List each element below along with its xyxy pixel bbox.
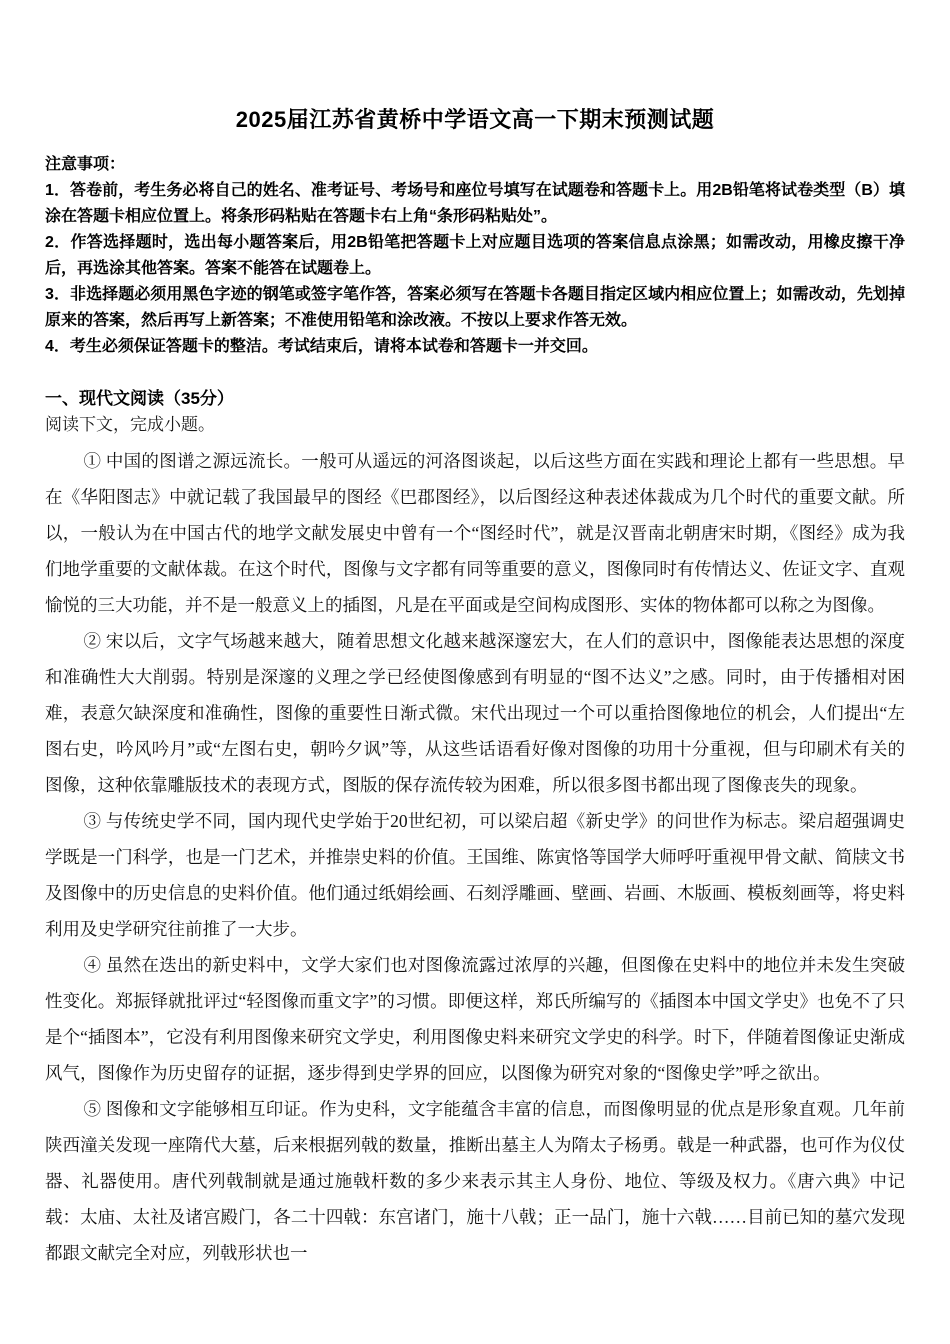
exam-paper-page: 2025届江苏省黄桥中学语文高一下期末预测试题 注意事项： 1．答卷前，考生务必…: [0, 0, 950, 1344]
passage-paragraph: ② 宋以后，文字气场越来越大，随着思想文化越来越深邃宏大，在人们的意识中，图像能…: [45, 623, 905, 803]
passage-paragraph: ③ 与传统史学不同，国内现代史学始于20世纪初，可以梁启超《新史学》的问世作为标…: [45, 803, 905, 947]
passage-intro: 阅读下文，完成小题。: [45, 412, 905, 438]
passage-paragraph: ⑤ 图像和文字能够相互印证。作为史科，文字能蕴含丰富的信息，而图像明显的优点是形…: [45, 1091, 905, 1271]
passage-paragraph: ④ 虽然在迭出的新史料中，文学大家们也对图像流露过浓厚的兴趣，但图像在史料中的地…: [45, 947, 905, 1091]
notice-item: 1．答卷前，考生务必将自己的姓名、准考证号、考场号和座位号填写在试题卷和答题卡上…: [45, 178, 905, 230]
reading-passage: ① 中国的图谱之源远流长。一般可从遥远的河洛图谈起，以后这些方面在实践和理论上都…: [45, 443, 905, 1271]
notice-section: 注意事项： 1．答卷前，考生务必将自己的姓名、准考证号、考场号和座位号填写在试题…: [45, 152, 905, 360]
notice-item: 2．作答选择题时，选出每小题答案后，用2B铅笔把答题卡上对应题目选项的答案信息点…: [45, 230, 905, 282]
exam-title: 2025届江苏省黄桥中学语文高一下期末预测试题: [45, 106, 905, 135]
notice-heading: 注意事项：: [45, 152, 905, 178]
section-heading-modern-reading: 一、现代文阅读（35分）: [45, 386, 905, 412]
notice-item: 4．考生必须保证答题卡的整洁。考试结束后，请将本试卷和答题卡一并交回。: [45, 334, 905, 360]
notice-item: 3．非选择题必须用黑色字迹的钢笔或签字笔作答，答案必须写在答题卡各题目指定区域内…: [45, 282, 905, 334]
passage-paragraph: ① 中国的图谱之源远流长。一般可从遥远的河洛图谈起，以后这些方面在实践和理论上都…: [45, 443, 905, 623]
